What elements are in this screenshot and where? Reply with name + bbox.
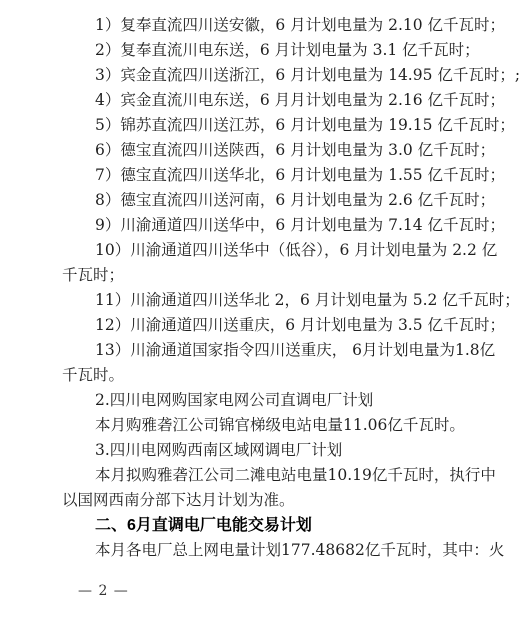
dc-plan-item-9: 9）川渝通道四川送华中，6 月计划电量为 7.14 亿千瓦时； <box>62 213 477 238</box>
section-2-body-line-1: 本月各电厂总上网电量计划177.48682亿千瓦时，其中：火 <box>62 538 477 563</box>
dc-plan-item-4: 4）宾金直流川电东送，6 月月计划电量为 2.16 亿千瓦时； <box>62 88 477 113</box>
dc-plan-item-13: 13）川渝通道国家指令四川送重庆， 6月计划电量为1.8亿 <box>62 338 477 363</box>
dc-plan-item-11: 11）川渝通道四川送华北 2，6 月计划电量为 5.2 亿千瓦时； <box>62 288 477 313</box>
dc-plan-item-10: 10）川渝通道四川送华中（低谷），6 月计划电量为 2.2 亿 <box>62 238 477 263</box>
dc-plan-item-2: 2）复奉直流川电东送，6 月计划电量为 3.1 亿千瓦时； <box>62 38 477 63</box>
subsection-3-heading: 3.四川电网购西南区域网调电厂计划 <box>62 438 477 463</box>
dc-plan-item-8: 8）德宝直流四川送河南，6 月计划电量为 2.6 亿千瓦时； <box>62 188 477 213</box>
dc-plan-item-3: 3）宾金直流四川送浙江，6 月计划电量为 14.95 亿千瓦时；; <box>62 63 477 88</box>
dc-plan-item-12: 12）川渝通道四川送重庆，6 月计划电量为 3.5 亿千瓦时； <box>62 313 477 338</box>
dc-plan-item-10-continuation: 千瓦时； <box>62 263 477 288</box>
document-page: 1）复奉直流四川送安徽，6 月计划电量为 2.10 亿千瓦时； 2）复奉直流川电… <box>0 0 521 633</box>
page-number: — 2 — <box>78 583 129 599</box>
section-2-heading: 二、6月直调电厂电能交易计划 <box>62 513 477 538</box>
dc-plan-item-6: 6）德宝直流四川送陕西，6 月计划电量为 3.0 亿千瓦时； <box>62 138 477 163</box>
subsection-2-heading: 2.四川电网购国家电网公司直调电厂计划 <box>62 388 477 413</box>
dc-plan-item-1: 1）复奉直流四川送安徽，6 月计划电量为 2.10 亿千瓦时； <box>62 13 477 38</box>
document-body: 1）复奉直流四川送安徽，6 月计划电量为 2.10 亿千瓦时； 2）复奉直流川电… <box>62 13 477 563</box>
subsection-2-body: 本月购雅砻江公司锦官梯级电站电量11.06亿千瓦时。 <box>62 413 477 438</box>
dc-plan-item-7: 7）德宝直流四川送华北，6 月计划电量为 1.55 亿千瓦时； <box>62 163 477 188</box>
subsection-3-body-line-1: 本月拟购雅砻江公司二滩电站电量10.19亿千瓦时，执行中 <box>62 463 477 488</box>
dc-plan-item-13-continuation: 千瓦时。 <box>62 363 477 388</box>
subsection-3-body-line-2: 以国网西南分部下达月计划为准。 <box>62 488 477 513</box>
dc-plan-item-5: 5）锦苏直流四川送江苏，6 月计划电量为 19.15 亿千瓦时； <box>62 113 477 138</box>
